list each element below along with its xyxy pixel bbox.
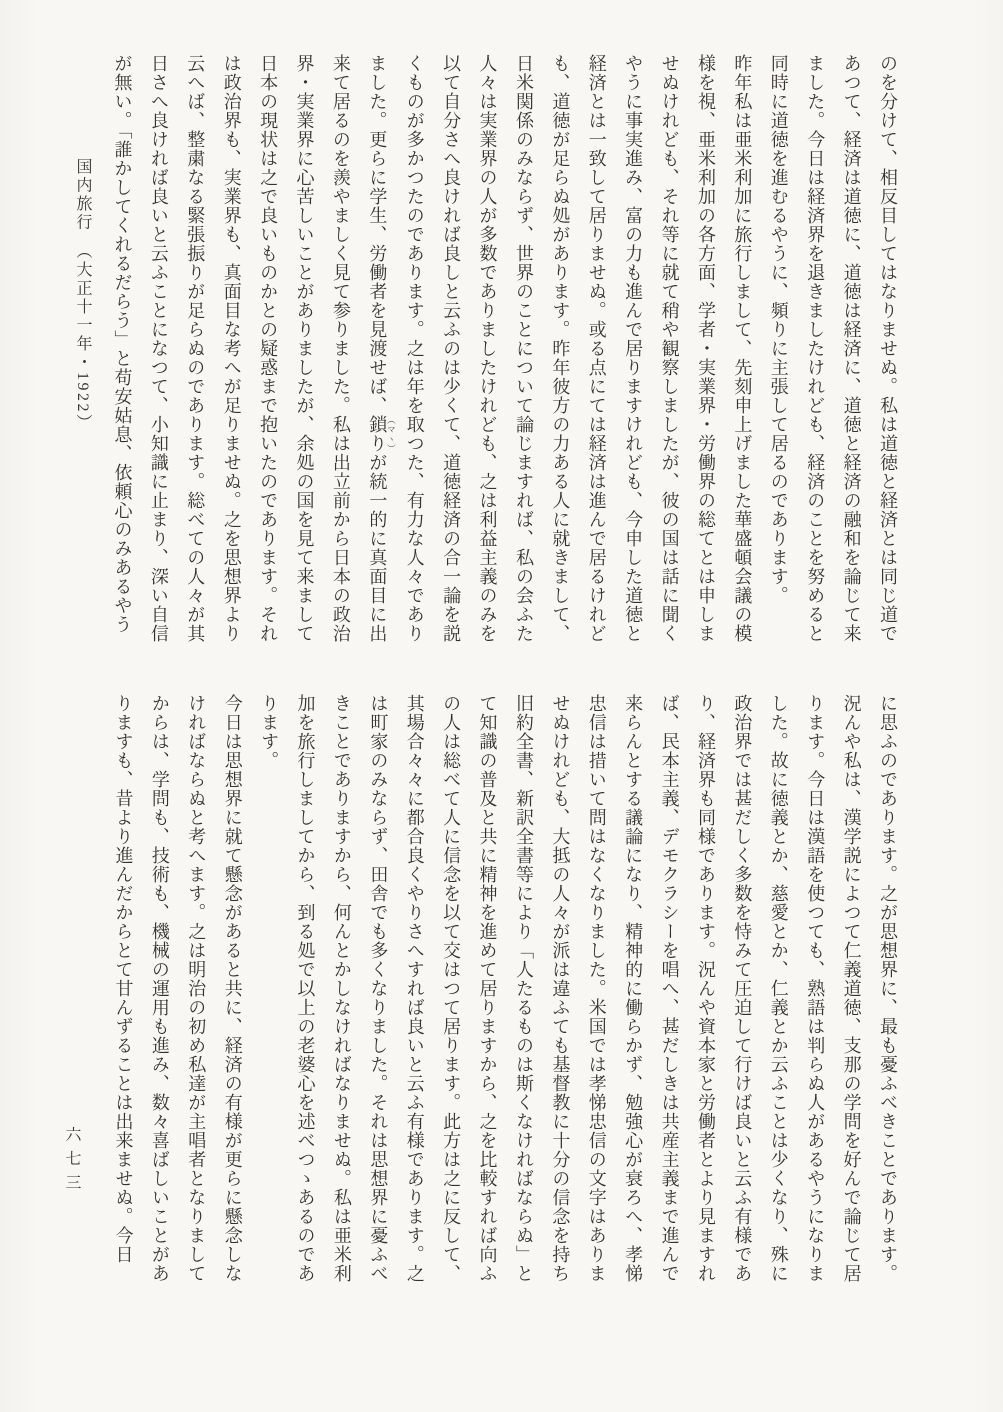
text-column: り、経済界も同様であります。況んや資本家と労働者とより見ますれ — [688, 694, 724, 1294]
text-column: ります。 — [251, 694, 287, 1294]
text-column: 云へば、整粛なる緊張振りが足らぬのであります。総べての人々が其 — [177, 54, 213, 650]
text-column: 様を視、亜米利加の各方面、学者・実業界・労働界の総てとは申しま — [688, 54, 724, 650]
text-column: て知識の普及と共に精神を進めて居りますから、之を比較すれば向ふ — [469, 694, 505, 1294]
text-column: のを分けて、相反目してはなりませぬ。私は道徳と経済とは同じ道で — [870, 54, 906, 650]
text-column: ります。今日は漢語を使つても、熟語は判らぬ人があるやうになりま — [797, 694, 833, 1294]
text-column: 来らんとする議論になり、精神的に働らかず、勉強心が衰ろへ、孝悌 — [615, 694, 651, 1294]
text-column: 日さへ良ければ良いと云ふことになつて、小知識に止まり、深い自信 — [140, 54, 176, 650]
text-column: りますも、昔より進んだからとて甘んずることは出来ませぬ。今日 — [105, 694, 141, 1294]
text-column: 昨年私は亜米利加に旅行しまして、先刻申上げました華盛頓会議の模 — [724, 54, 760, 650]
text-column: 同時に道徳を進むるやうに、頻りに主張して居るのであります。 — [760, 54, 796, 650]
text-column: 日米関係のみならず、世界のことについて論じますれば、私の会ふた — [506, 54, 542, 650]
text-column: ました。今日は経済界を退きましたけれども、経済のことを努めると — [797, 54, 833, 650]
text-column: の人は総べて人に信念を以て交はつて居ります。此方は之に反して、 — [433, 694, 469, 1294]
scanned-book-page: のを分けて、相反目してはなりませぬ。私は道徳と経済とは同じ道であつて、経済は道徳… — [0, 0, 1003, 1412]
text-column: は町家のみならず、田舎でも多くなりました。それは思想界に憂ふべ — [360, 694, 396, 1294]
page-number: 六七三 — [58, 1126, 84, 1198]
bottom-text-block: に思ふのであります。之が思想界に、最も憂ふべきことであります。況んや私は、漢学説… — [105, 694, 906, 1294]
text-column: は政治界も、実業界も、真面目な考へが足りませぬ。之を思想界より — [213, 54, 249, 650]
text-column: 其場合々々に都合良くやりさへすれば良いと云ふ有様であります。之 — [396, 694, 432, 1294]
text-column: くものが多かつたのであります。之は年を取つた、有力な人々であり — [396, 54, 432, 650]
text-column: ば、民本主義、デモクラシーを唱へ、甚だしきは共産主義まで進んで — [651, 694, 687, 1294]
text-column: あつて、経済は道徳に、道徳は経済に、道徳と経済の融和を論じて来 — [833, 54, 869, 650]
text-column: ければならぬと考へます。之は明治の初め私達が主唱者となりまして — [178, 694, 214, 1294]
text-column: 経済とは一致して居りませぬ。或る点にては経済は進んで居るけれど — [578, 54, 614, 650]
text-column: が無い。「誰かしてくれるだらう」と苟安姑息、依頼心のみあるやう — [104, 54, 140, 650]
text-column: せぬけれども、大抵の人々が派は違ふても基督教に十分の信念を持ち — [542, 694, 578, 1294]
text-column: 日本の現状は之で良いものかとの疑惑まで抱いたのであります。それ — [250, 54, 286, 650]
text-column: 以て自分さへ良ければ良しと云ふのは少くて、道徳経済の合一論を説 — [433, 54, 469, 650]
text-column: ました。更らに学生、労働者を見渡せば、鎖り（マヽ）が統一的に真面目に出 — [359, 54, 396, 650]
text-column: 況んや私は、漢学説によつて仁義道徳、支那の学問を好んで論じて居 — [833, 694, 869, 1294]
running-header: 国内旅行 （大正十一年・1922） — [69, 158, 95, 433]
top-text-block: のを分けて、相反目してはなりませぬ。私は道徳と経済とは同じ道であつて、経済は道徳… — [104, 54, 906, 650]
text-column: した。故に徳義とか、慈愛とか、仁義とか云ふことは少くなり、殊に — [760, 694, 796, 1294]
text-column: 政治界では甚だしく多数を恃みて圧迫して行けば良いと云ふ有様であ — [724, 694, 760, 1294]
text-column: 来て居るのを羨やましく見て参りました。私は出立前から日本の政治 — [323, 54, 359, 650]
sic-annotated-word: 鎖り（マヽ） — [367, 415, 387, 453]
text-column: せぬけれども、それ等に就て稍や観察しましたが、彼の国は話に聞く — [651, 54, 687, 650]
text-column: 界・実業界に心苦しいことがありましたが、余処の国を見て来まして — [286, 54, 322, 650]
text-column: からは、学問も、技術も、機械の運用も進み、数々喜ばしいことがあ — [141, 694, 177, 1294]
text-column: 忠信は措いて問はなくなりました。米国では孝悌忠信の文字はありま — [578, 694, 614, 1294]
text-column: 今日は思想界に就て懸念があると共に、経済の有様が更らに懸念しな — [214, 694, 250, 1294]
text-column: きことでありますから、何んとかしなければなりませぬ。私は亜米利 — [324, 694, 360, 1294]
sic-annotation: （マヽ） — [386, 415, 396, 453]
text-column: 旧約全書、新訳全書等により「人たるものは斯くなければならぬ」と — [506, 694, 542, 1294]
text-column: 加を旅行しましてから、到る処で以上の老婆心を述べつゝあるのであ — [287, 694, 323, 1294]
text-column: も、道徳が足らぬ処があります。昨年彼方の力ある人に就きまして、 — [542, 54, 578, 650]
text-column: に思ふのであります。之が思想界に、最も憂ふべきことであります。 — [870, 694, 906, 1294]
text-column: やうに事実進み、富の力も進んで居りますけれども、今申した道徳と — [615, 54, 651, 650]
text-column: 人々は実業界の人が多数でありましたけれども、之は利益主義のみを — [469, 54, 505, 650]
